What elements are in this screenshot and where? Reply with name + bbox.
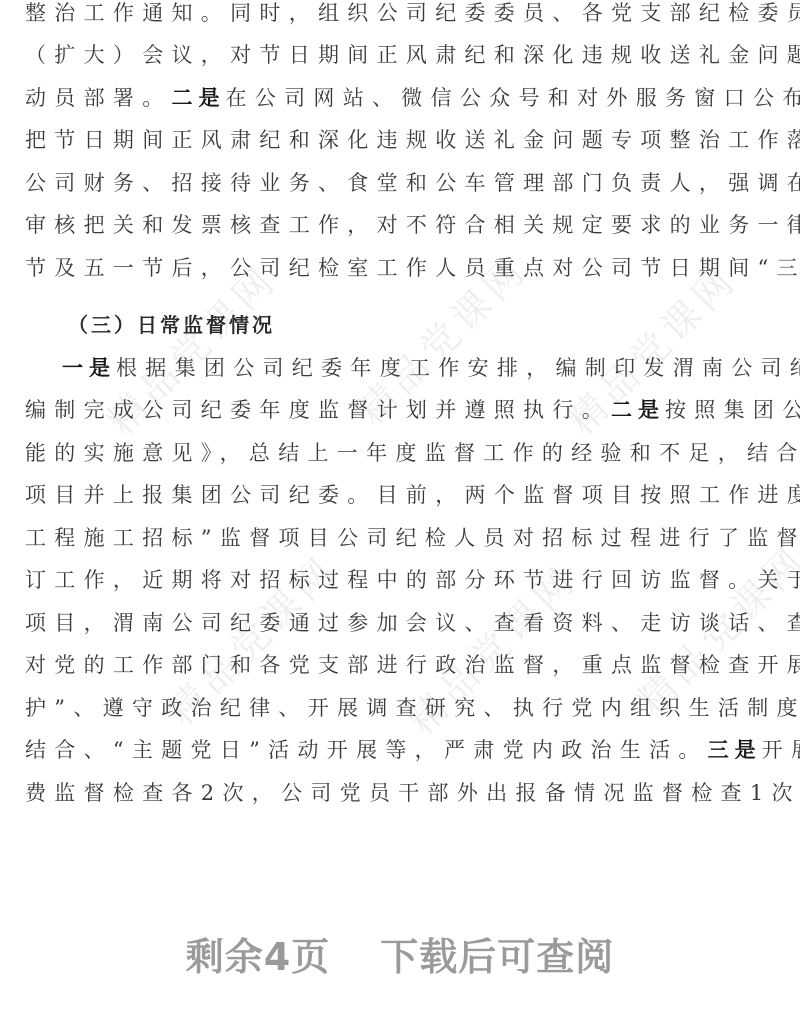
body-line: 护”、遵守政治纪律、开展调查研究、执行党内组织生活制度、将生产经营与党建工作相 xyxy=(25,695,777,721)
body-line: 项目并上报集团公司纪委。目前，两个监督项目按照工作进度开展，其中，“天然气利用 xyxy=(25,482,777,508)
body-line: 订工作，近期将对招标过程中的部分环节进行回访监督。关于“加强党的领导作用”监督 xyxy=(25,567,777,593)
emphasis-ershi: 二是 xyxy=(611,398,665,422)
body-line: 一是根据集团公司纪委年度工作安排，编制印发渭南公司纪委《纪检工作要点》， xyxy=(62,355,777,381)
download-to-view-label: 下载后可查阅 xyxy=(380,926,614,981)
body-line: 对党的工作部门和各党支部进行政治监督，重点监督检查开展政治学习、做到“两个维 xyxy=(25,652,777,678)
remaining-pages-label: 剩余4页 xyxy=(186,926,330,981)
body-line: 整治工作通知。同时，组织公司纪委委员、各党支部纪检委员和纪检室相关人员召开纪委 xyxy=(25,0,777,26)
body-line: 把节日期间正风肃纪和深化违规收送礼金问题专项整治工作落到实处。三是在节前约谈 xyxy=(25,127,777,153)
emphasis-yishi: 一是 xyxy=(62,356,116,380)
body-line: 结合、“主题党日”活动开展等，严肃党内政治生活。三是开展三个领域、“三公”经 xyxy=(25,737,777,763)
body-line: 工程施工招标”监督项目公司纪检人员对招标过程进行了监督，目前该项目已完成合同签 xyxy=(25,525,777,551)
body-line: （扩大）会议，对节日期间正风肃纪和深化违规收送礼金问题专项整治监督执纪工作进行 xyxy=(25,42,777,68)
download-prompt[interactable]: 剩余4页下载后可查阅 xyxy=(0,926,800,981)
body-line: 节及五一节后，公司纪检室工作人员重点对公司节日期间“三公”经费票据进行核查。 xyxy=(25,255,777,281)
body-line: 项目，渭南公司纪委通过参加会议、查看资料、走访谈话、查看日常工作言行表现等形式 xyxy=(25,610,777,636)
body-line: 编制完成公司纪委年度监督计划并遵照执行。二是按照集团公司《强化监督提升监督效 xyxy=(25,397,777,423)
body-line: 公司财务、招接待业务、食堂和公车管理部门负责人，强调在节日期间加大对以上工作的 xyxy=(25,170,777,196)
body-line: 审核把关和发票核查工作，对不符合相关规定要求的业务一律不予审批报销。在元旦、春 xyxy=(25,212,777,238)
emphasis-sanshi: 三是 xyxy=(708,738,762,762)
body-line: 费监督检查各2次，公司党员干部外出报备情况监督检查1次，婚丧嫁娶报备检查1次， xyxy=(25,780,777,806)
body-line: 能的实施意见》，总结上一年度监督工作的经验和不足，结合公司实际确定两个立项监督 xyxy=(25,440,777,466)
document-page: 精品党课网 精品党课网 精品党课网 精品党课网 精品党课网 精品党课网 整治工作… xyxy=(0,0,800,1027)
body-line: 动员部署。二是在公司网站、微信公众号和对外服务窗口公布信访举报邮箱和举报电话， xyxy=(25,85,777,111)
section-heading: （三）日常监督情况 xyxy=(68,312,275,338)
emphasis-ershi: 二是 xyxy=(172,86,226,110)
